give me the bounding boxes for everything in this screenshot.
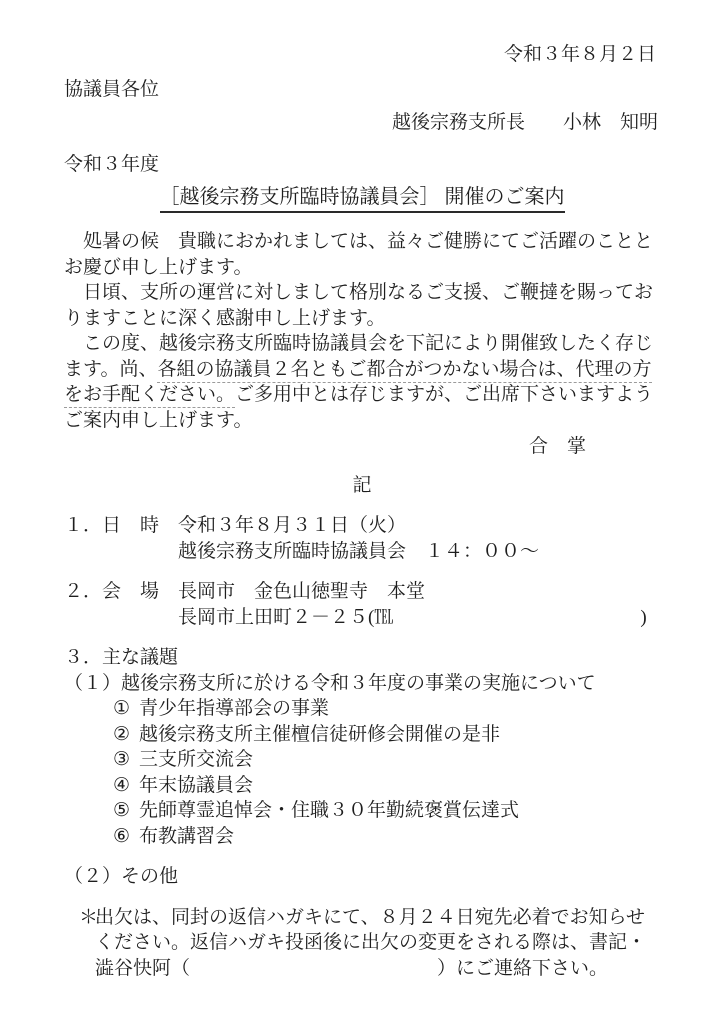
- agenda-item: ④年末協議員会: [64, 773, 660, 799]
- underlined-text: 各組の協議員２名ともご都合がつかない場合は、代理の方: [157, 359, 651, 383]
- note-line: 澁谷快阿（）にご連絡下さい。: [95, 956, 660, 982]
- greeting-line: りますことに深く感謝申し上げます。: [64, 306, 660, 332]
- agenda-item-text: 年末協議員会: [139, 775, 253, 796]
- document-title: ［越後宗務支所臨時協議員会］ 開催のご案内: [160, 186, 565, 213]
- fiscal-year: 令和３年度: [64, 152, 660, 178]
- section-agenda: ３．主な議題 （１）越後宗務支所に於ける令和３年度の事業の実施について ①青少年…: [64, 645, 660, 849]
- venue-line: 長岡市上田町２－２５(℡): [64, 605, 660, 631]
- greeting-line: ご案内申し上げます。: [64, 408, 660, 434]
- document-page: 令和３年８月２日 協議員各位 越後宗務支所長 小林 知明 令和３年度 ［越後宗務…: [0, 0, 724, 1024]
- greeting-line: 日頃、支所の運営に対しまして格別なるご支援、ご鞭撻を賜ってお: [64, 280, 660, 306]
- circled-number: ⑤: [113, 798, 130, 824]
- greeting-text: ます。尚、: [64, 359, 157, 380]
- datetime-line: 越後宗務支所臨時協議員会 １４：００～: [64, 539, 660, 565]
- agenda-heading: ３．主な議題: [64, 645, 660, 671]
- asterisk-marker: ＊: [79, 905, 98, 931]
- agenda-item: ⑥布教講習会: [64, 824, 660, 850]
- datetime-line: １．日 時 令和３年８月３１日（火）: [64, 513, 660, 539]
- close-paren: ): [640, 607, 646, 628]
- underlined-text: をお手配ください。: [64, 384, 235, 408]
- greeting-line: ます。尚、各組の協議員２名ともご都合がつかない場合は、代理の方: [64, 357, 660, 383]
- agenda-item-text: 越後宗務支所主催檀信徒研修会開催の是非: [139, 724, 500, 745]
- record-marker: 記: [64, 473, 660, 499]
- contact-name: 澁谷快阿（: [95, 958, 190, 979]
- greeting-paragraphs: 処暑の候 貴職におかれましては、益々ご健勝にてご活躍のことと お慶び申し上げます…: [64, 229, 660, 460]
- other-heading: （２）その他: [64, 864, 660, 890]
- circled-number: ②: [113, 722, 130, 748]
- greeting-line: この度、越後宗務支所臨時協議員会を下記により開催致したく存じ: [64, 331, 660, 357]
- note-line: ください。返信ハガキ投函後に出欠の変更をされる際は、書記・: [95, 930, 660, 956]
- agenda-item-text: 青少年指導部会の事業: [139, 698, 329, 719]
- sender-name: 越後宗務支所長 小林 知明: [64, 110, 660, 136]
- circled-number: ③: [113, 747, 130, 773]
- greeting-line: お慶び申し上げます。: [64, 255, 660, 281]
- greeting-line: をお手配ください。ご多用中とは存じますが、ご出席下さいますよう: [64, 382, 660, 408]
- title-row: ［越後宗務支所臨時協議員会］ 開催のご案内: [64, 181, 660, 214]
- greeting-text: ご多用中とは存じますが、ご出席下さいますよう: [235, 384, 653, 405]
- agenda-subheading: （１）越後宗務支所に於ける令和３年度の事業の実施について: [64, 671, 660, 697]
- agenda-item-text: 三支所交流会: [139, 749, 253, 770]
- agenda-item: ②越後宗務支所主催檀信徒研修会開催の是非: [64, 722, 660, 748]
- circled-number: ⑥: [113, 824, 130, 850]
- agenda-item: ①青少年指導部会の事業: [64, 696, 660, 722]
- section-other: （２）その他: [64, 864, 660, 890]
- venue-line: ２．会 場 長岡市 金色山徳聖寺 本堂: [64, 579, 660, 605]
- recipient: 協議員各位: [64, 77, 660, 103]
- agenda-item: ③三支所交流会: [64, 747, 660, 773]
- section-datetime: １．日 時 令和３年８月３１日（火） 越後宗務支所臨時協議員会 １４：００～: [64, 513, 660, 564]
- document-date: 令和３年８月２日: [64, 42, 660, 68]
- note-text: 出欠は、同封の返信ハガキにて、８月２４日宛先必着でお知らせ: [95, 907, 645, 928]
- note-text: ）にご連絡下さい。: [437, 958, 608, 979]
- gassho-closing: 合 掌: [64, 434, 660, 460]
- section-venue: ２．会 場 長岡市 金色山徳聖寺 本堂 長岡市上田町２－２５(℡): [64, 579, 660, 630]
- agenda-item: ⑤先師尊霊追悼会・住職３０年勤続褒賞伝達式: [64, 798, 660, 824]
- venue-address: 長岡市上田町２－２５(℡: [178, 607, 393, 628]
- circled-number: ①: [113, 696, 130, 722]
- agenda-item-text: 先師尊霊追悼会・住職３０年勤続褒賞伝達式: [139, 800, 519, 821]
- reply-note: ＊出欠は、同封の返信ハガキにて、８月２４日宛先必着でお知らせ ください。返信ハガ…: [64, 905, 660, 982]
- agenda-item-text: 布教講習会: [139, 826, 234, 847]
- greeting-line: 処暑の候 貴職におかれましては、益々ご健勝にてご活躍のことと: [64, 229, 660, 255]
- circled-number: ④: [113, 773, 130, 799]
- note-line: ＊出欠は、同封の返信ハガキにて、８月２４日宛先必着でお知らせ: [95, 905, 660, 931]
